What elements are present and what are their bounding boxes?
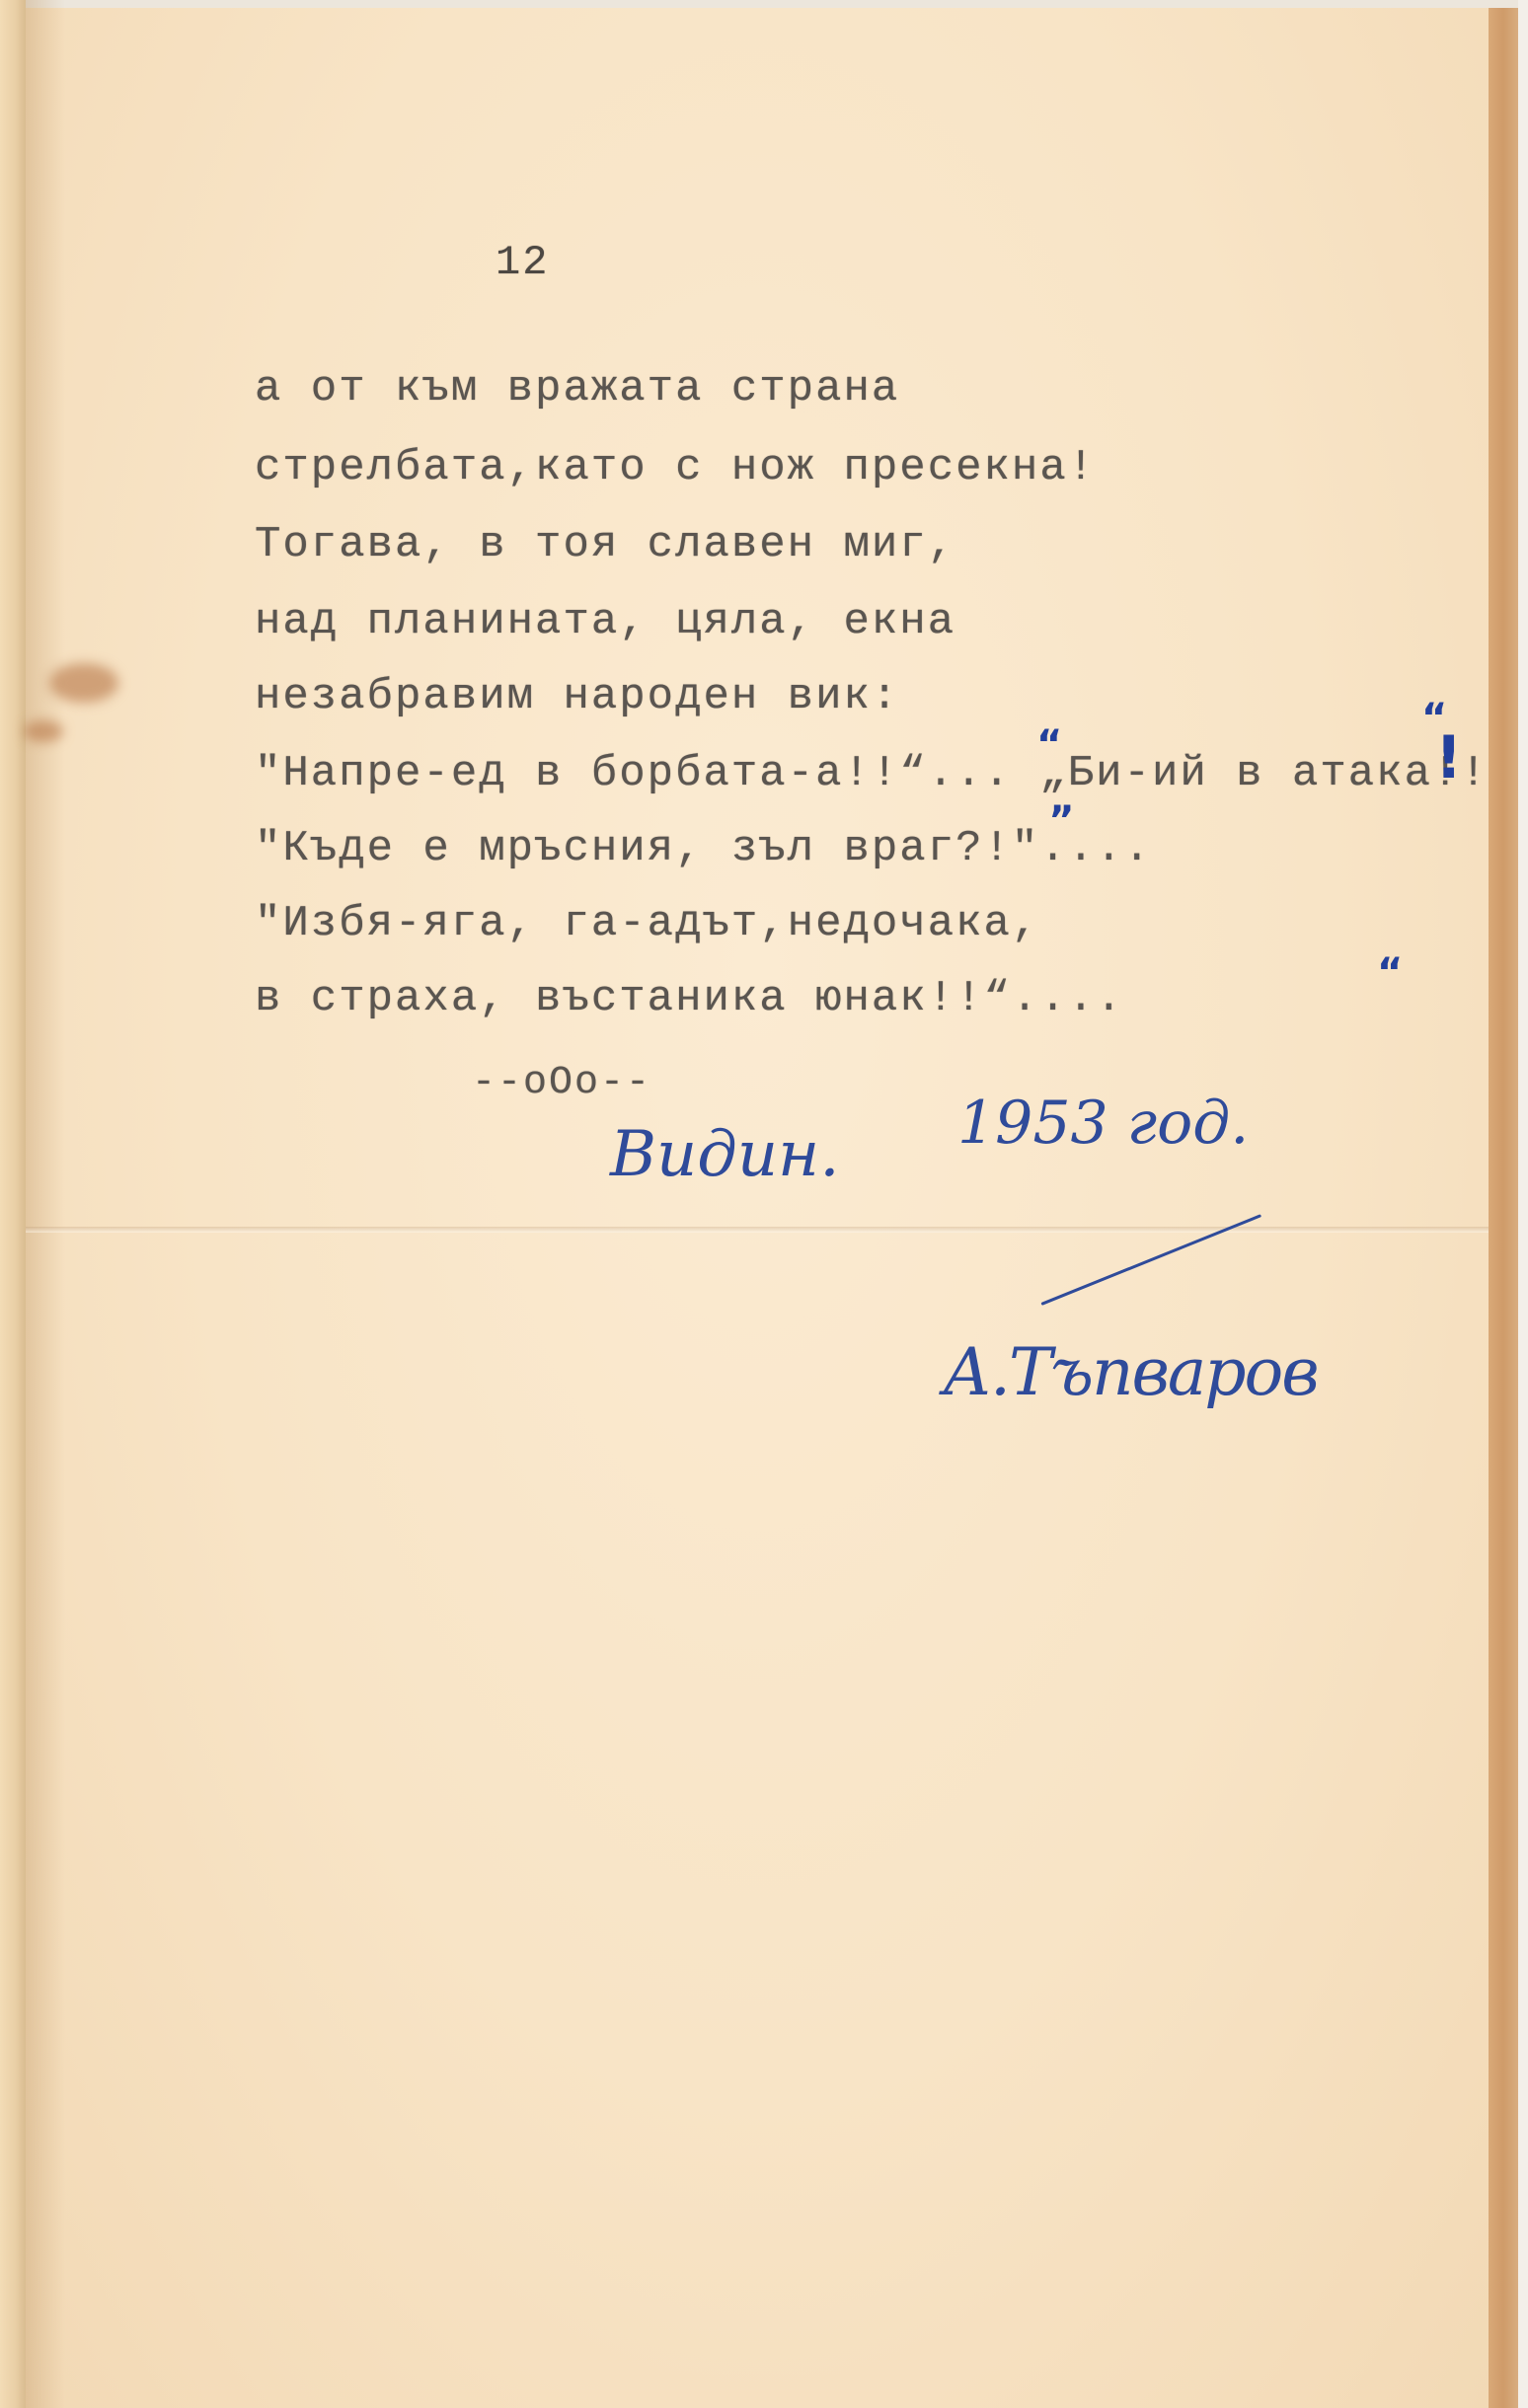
ink-quote-mark: “ (1036, 725, 1062, 765)
poem-line: "Напре-ед в борбата-а!!“... „Би-ий в ата… (255, 752, 1489, 795)
page-edge-strip (1489, 8, 1518, 2408)
signature-text: А.Тъпваров (943, 1340, 1318, 1405)
page-number: 12 (496, 242, 549, 283)
poem-line: стрелбата,като с нож пресекна! (255, 446, 1096, 489)
stain-spot (49, 663, 118, 703)
ink-quote-mark: “ (1377, 953, 1403, 993)
poem-line: Тогава, в тоя славен миг, (255, 523, 955, 566)
poem-line: незабравим народен вик: (255, 675, 899, 718)
poem-line: над планината, цяла, екна (255, 600, 955, 643)
binding-edge (0, 0, 26, 2408)
handwritten-location: Видин. (610, 1123, 840, 1186)
ink-exclamation-mark: ! (1435, 728, 1462, 788)
handwritten-date: 1953 год. (957, 1093, 1249, 1153)
poem-line: "Къде е мръсния, зъл враг?!".... (255, 827, 1152, 870)
poem-line: а от към вражата страна (255, 367, 899, 411)
paper-fold-crease (26, 1227, 1489, 1233)
poem-line: в страха, въстаника юнак!!“.... (255, 977, 1124, 1020)
poem-line: "Избя-яга, га-адът,недочака, (255, 902, 1039, 945)
stain-spot (24, 720, 63, 742)
scan-background-top (26, 0, 1528, 8)
scan-background-right (1518, 0, 1528, 2408)
binding-shadow (26, 0, 65, 2408)
section-separator: --oOo-- (472, 1064, 651, 1103)
ink-quote-mark: „ (1049, 780, 1075, 819)
